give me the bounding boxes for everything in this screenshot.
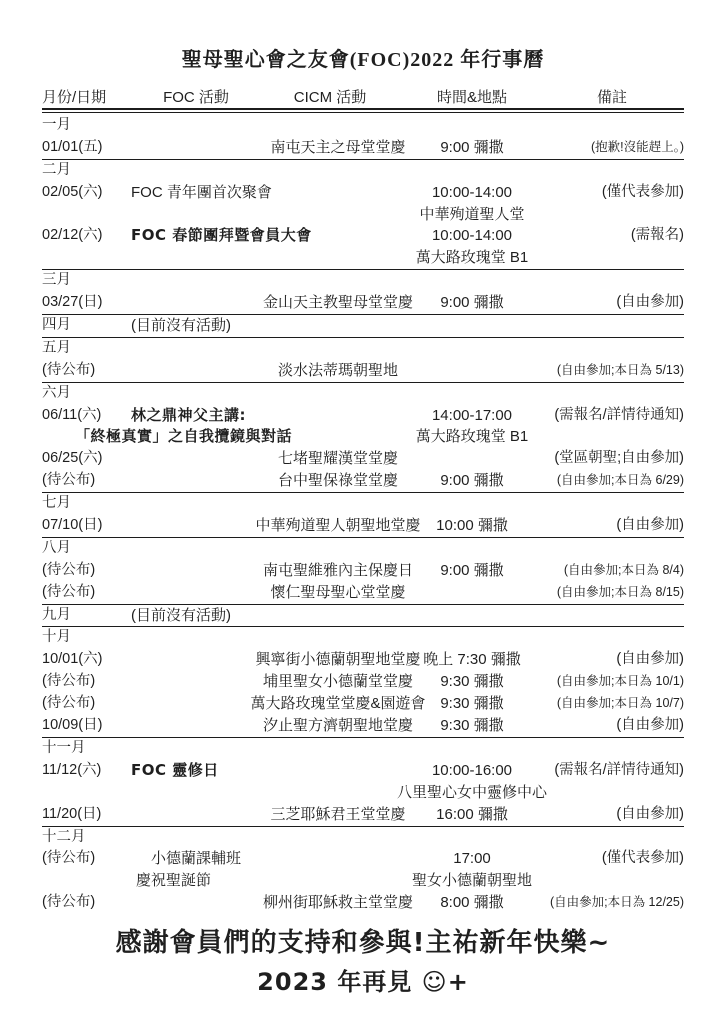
remark-cell: (自由參加;本日為 8/4)	[564, 560, 684, 582]
month-row: 四月(目前沒有活動)	[42, 315, 684, 338]
month-label: 十一月	[42, 738, 86, 760]
month-row: 九月(目前沒有活動)	[42, 605, 684, 628]
time-place-cell: 八里聖心女中靈修中心	[397, 782, 547, 804]
time-place-cell: 聖女小德蘭朝聖地	[412, 870, 532, 892]
remark-cell: (自由參加;本日為 5/13)	[557, 360, 684, 382]
page-title: 聖母聖心會之友會(FOC)2022 年行事曆	[42, 46, 684, 74]
remark-cell: (自由參加)	[616, 292, 684, 314]
event-row: (待公布)埔里聖女小德蘭堂堂慶9:30 彌撒(自由參加;本日為 10/1)	[42, 671, 684, 693]
cicm-activity-cell: 萬大路玫瑰堂堂慶&園遊會	[250, 693, 425, 715]
event-row: 八里聖心女中靈修中心	[42, 782, 684, 804]
month-label: 四月	[42, 315, 71, 337]
time-place-cell: 9:00 彌撒	[440, 292, 503, 314]
date-cell: (待公布)	[42, 360, 95, 382]
time-place-cell: 10:00-14:00	[432, 182, 512, 204]
table-header-row: 月份/日期 FOC 活動 CICM 活動 時間&地點 備註	[42, 87, 684, 110]
date-cell: (待公布)	[42, 582, 95, 604]
remark-cell: (自由參加;本日為 12/25)	[550, 892, 684, 914]
calendar-table: 月份/日期 FOC 活動 CICM 活動 時間&地點 備註 一月01/01(五)…	[42, 87, 684, 914]
col-header-cicm-activity: CICM 活動	[294, 87, 367, 108]
col-header-foc-activity: FOC 活動	[163, 87, 229, 108]
cicm-activity-cell: 金山天主教聖母堂堂慶	[263, 292, 413, 314]
month-label: 一月	[42, 115, 71, 137]
month-label: 二月	[42, 160, 71, 182]
event-row: 10/01(六)興寧街小德蘭朝聖地堂慶晚上 7:30 彌撒(自由參加)	[42, 649, 684, 671]
date-cell: (待公布)	[42, 848, 95, 870]
date-cell: 02/05(六)	[42, 182, 102, 204]
event-row: (待公布)小德蘭課輔班17:00(僅代表參加)	[42, 848, 684, 870]
col-header-remarks: 備註	[597, 87, 627, 108]
time-place-cell: 中華殉道聖人堂	[419, 204, 524, 226]
remark-cell: (堂區朝聖;自由參加)	[554, 448, 684, 470]
remark-cell: (自由參加;本日為 6/29)	[557, 470, 684, 492]
month-row: 三月	[42, 270, 684, 292]
event-row: 「終極真實」之自我攬鏡與對話萬大路玫瑰堂 B1	[42, 426, 684, 448]
date-cell: 10/09(日)	[42, 715, 102, 737]
time-place-cell: 10:00 彌撒	[436, 515, 508, 537]
remark-cell: (自由參加)	[616, 804, 684, 826]
remark-cell: (僅代表參加)	[602, 848, 684, 870]
col-header-month-date: 月份/日期	[42, 87, 106, 108]
month-row: 十月	[42, 627, 684, 649]
col-header-time-place: 時間&地點	[437, 87, 507, 108]
time-place-cell: 9:30 彌撒	[440, 693, 503, 715]
event-row: (待公布)淡水法蒂瑪朝聖地(自由參加;本日為 5/13)	[42, 360, 684, 383]
event-row: 10/09(日)汐止聖方濟朝聖地堂慶9:30 彌撒(自由參加)	[42, 715, 684, 738]
time-place-cell: 10:00-16:00	[432, 760, 512, 782]
time-place-cell: 晚上 7:30 彌撒	[423, 649, 521, 671]
month-label: 七月	[42, 493, 71, 515]
time-place-cell: 9:00 彌撒	[440, 560, 503, 582]
month-label: 八月	[42, 538, 71, 560]
remark-cell: (需報名/詳情待通知)	[554, 405, 684, 427]
event-row: (待公布)柳州街耶穌救主堂堂慶8:00 彌撒(自由參加;本日為 12/25)	[42, 892, 684, 914]
foc-activity-cell: FOC 青年團首次聚會	[131, 182, 272, 204]
foc-activity-cell: (目前沒有活動)	[131, 315, 231, 337]
time-place-cell: 14:00-17:00	[432, 405, 512, 427]
foc-activity-cell: FOC 春節團拜暨會員大會	[131, 225, 312, 247]
month-row: 七月	[42, 493, 684, 515]
remark-cell: (自由參加;本日為 8/15)	[557, 582, 684, 604]
month-label: 六月	[42, 383, 71, 405]
cicm-activity-cell: 柳州街耶穌救主堂堂慶	[263, 892, 413, 914]
event-row: 06/25(六)七堵聖耀漢堂堂慶(堂區朝聖;自由參加)	[42, 448, 684, 470]
cicm-activity-cell: 淡水法蒂瑪朝聖地	[278, 360, 398, 382]
cicm-activity-cell: 懷仁聖母聖心堂堂慶	[270, 582, 405, 604]
month-row: 十一月	[42, 738, 684, 760]
date-cell: 01/01(五)	[42, 137, 102, 159]
date-cell: (待公布)	[42, 671, 95, 693]
month-row: 六月	[42, 383, 684, 405]
event-row: (待公布)台中聖保祿堂堂慶9:00 彌撒(自由參加;本日為 6/29)	[42, 470, 684, 493]
time-place-cell: 17:00	[453, 848, 491, 870]
date-cell: 03/27(日)	[42, 292, 102, 314]
date-cell: 11/12(六)	[42, 760, 101, 782]
foc-activity-cell: 林之鼎神父主講:	[131, 405, 246, 427]
date-cell: (待公布)	[42, 560, 95, 582]
date-cell: 10/01(六)	[42, 649, 102, 671]
cicm-activity-cell: 埔里聖女小德蘭堂堂慶	[263, 671, 413, 693]
date-cell: 06/25(六)	[42, 448, 102, 470]
date-cell: 02/12(六)	[42, 225, 102, 247]
foc-activity-cell: 慶祝聖誕節	[136, 870, 211, 892]
date-cell: 11/20(日)	[42, 804, 101, 826]
cicm-activity-cell: 台中聖保祿堂堂慶	[278, 470, 398, 492]
foc-activity-cell: 「終極真實」之自我攬鏡與對話	[75, 426, 292, 448]
month-row: 八月	[42, 538, 684, 560]
event-row: 06/11(六)林之鼎神父主講:14:00-17:00(需報名/詳情待通知)	[42, 405, 684, 427]
time-place-cell: 8:00 彌撒	[440, 892, 503, 914]
time-place-cell: 萬大路玫瑰堂 B1	[416, 426, 529, 448]
remark-cell: (抱歉!沒能趕上。)	[591, 137, 684, 159]
month-label: 九月	[42, 605, 71, 627]
cicm-activity-cell: 南屯天主之母堂堂慶	[270, 137, 405, 159]
cicm-activity-cell: 南屯聖維雅內主保慶日	[263, 560, 413, 582]
cicm-activity-cell: 中華殉道聖人朝聖地堂慶	[255, 515, 420, 537]
cicm-activity-cell: 汐止聖方濟朝聖地堂慶	[263, 715, 413, 737]
cicm-activity-cell: 三芝耶穌君王堂堂慶	[270, 804, 405, 826]
date-cell: 07/10(日)	[42, 515, 102, 537]
time-place-cell: 9:00 彌撒	[440, 470, 503, 492]
foc-activity-cell: (目前沒有活動)	[131, 605, 231, 627]
time-place-cell: 9:30 彌撒	[440, 715, 503, 737]
remark-cell: (需報名)	[631, 225, 684, 247]
month-label: 三月	[42, 270, 71, 292]
event-row: 萬大路玫瑰堂 B1	[42, 247, 684, 270]
time-place-cell: 16:00 彌撒	[436, 804, 508, 826]
event-row: (待公布)南屯聖維雅內主保慶日9:00 彌撒(自由參加;本日為 8/4)	[42, 560, 684, 582]
event-row: 02/05(六)FOC 青年團首次聚會10:00-14:00(僅代表參加)	[42, 182, 684, 204]
time-place-cell: 萬大路玫瑰堂 B1	[416, 247, 529, 269]
date-cell: (待公布)	[42, 693, 95, 715]
time-place-cell: 9:00 彌撒	[440, 137, 503, 159]
foc-activity-cell: FOC 靈修日	[131, 760, 219, 782]
event-row: 07/10(日)中華殉道聖人朝聖地堂慶10:00 彌撒(自由參加)	[42, 515, 684, 538]
time-place-cell: 9:30 彌撒	[440, 671, 503, 693]
event-row: (待公布)懷仁聖母聖心堂堂慶(自由參加;本日為 8/15)	[42, 582, 684, 605]
event-row: 慶祝聖誕節聖女小德蘭朝聖地	[42, 870, 684, 892]
event-row: 中華殉道聖人堂	[42, 204, 684, 226]
month-row: 二月	[42, 160, 684, 182]
remark-cell: (自由參加)	[616, 515, 684, 537]
event-row: 02/12(六)FOC 春節團拜暨會員大會10:00-14:00(需報名)	[42, 225, 684, 247]
remark-cell: (自由參加;本日為 10/1)	[557, 671, 684, 693]
date-cell: (待公布)	[42, 892, 95, 914]
date-cell: 06/11(六)	[42, 405, 101, 427]
month-label: 五月	[42, 338, 71, 360]
calendar-document: 聖母聖心會之友會(FOC)2022 年行事曆 月份/日期 FOC 活動 CICM…	[0, 0, 724, 1023]
date-cell: (待公布)	[42, 470, 95, 492]
month-row: 一月	[42, 115, 684, 137]
month-label: 十二月	[42, 827, 86, 849]
event-row: (待公布)萬大路玫瑰堂堂慶&園遊會9:30 彌撒(自由參加;本日為 10/7)	[42, 693, 684, 715]
calendar-body: 一月01/01(五)南屯天主之母堂堂慶9:00 彌撒(抱歉!沒能趕上。)二月02…	[42, 115, 684, 914]
event-row: 03/27(日)金山天主教聖母堂堂慶9:00 彌撒(自由參加)	[42, 292, 684, 315]
remark-cell: (自由參加)	[616, 649, 684, 671]
cicm-activity-cell: 興寧街小德蘭朝聖地堂慶	[255, 649, 420, 671]
remark-cell: (需報名/詳情待通知)	[554, 760, 684, 782]
footer-goodbye-message: 2023 年再見 ☺+	[42, 962, 684, 1002]
month-row: 五月	[42, 338, 684, 360]
event-row: 11/12(六)FOC 靈修日10:00-16:00(需報名/詳情待通知)	[42, 760, 684, 782]
time-place-cell: 10:00-14:00	[432, 225, 512, 247]
foc-activity-cell: 小德蘭課輔班	[151, 848, 241, 870]
event-row: 11/20(日)三芝耶穌君王堂堂慶16:00 彌撒(自由參加)	[42, 804, 684, 827]
remark-cell: (自由參加)	[616, 715, 684, 737]
cicm-activity-cell: 七堵聖耀漢堂堂慶	[278, 448, 398, 470]
remark-cell: (自由參加;本日為 10/7)	[557, 693, 684, 715]
remark-cell: (僅代表參加)	[602, 182, 684, 204]
month-label: 十月	[42, 627, 71, 649]
event-row: 01/01(五)南屯天主之母堂堂慶9:00 彌撒(抱歉!沒能趕上。)	[42, 137, 684, 160]
month-row: 十二月	[42, 827, 684, 849]
footer-thanks-message: 感謝會員們的支持和參與!主祐新年快樂~	[42, 924, 684, 962]
